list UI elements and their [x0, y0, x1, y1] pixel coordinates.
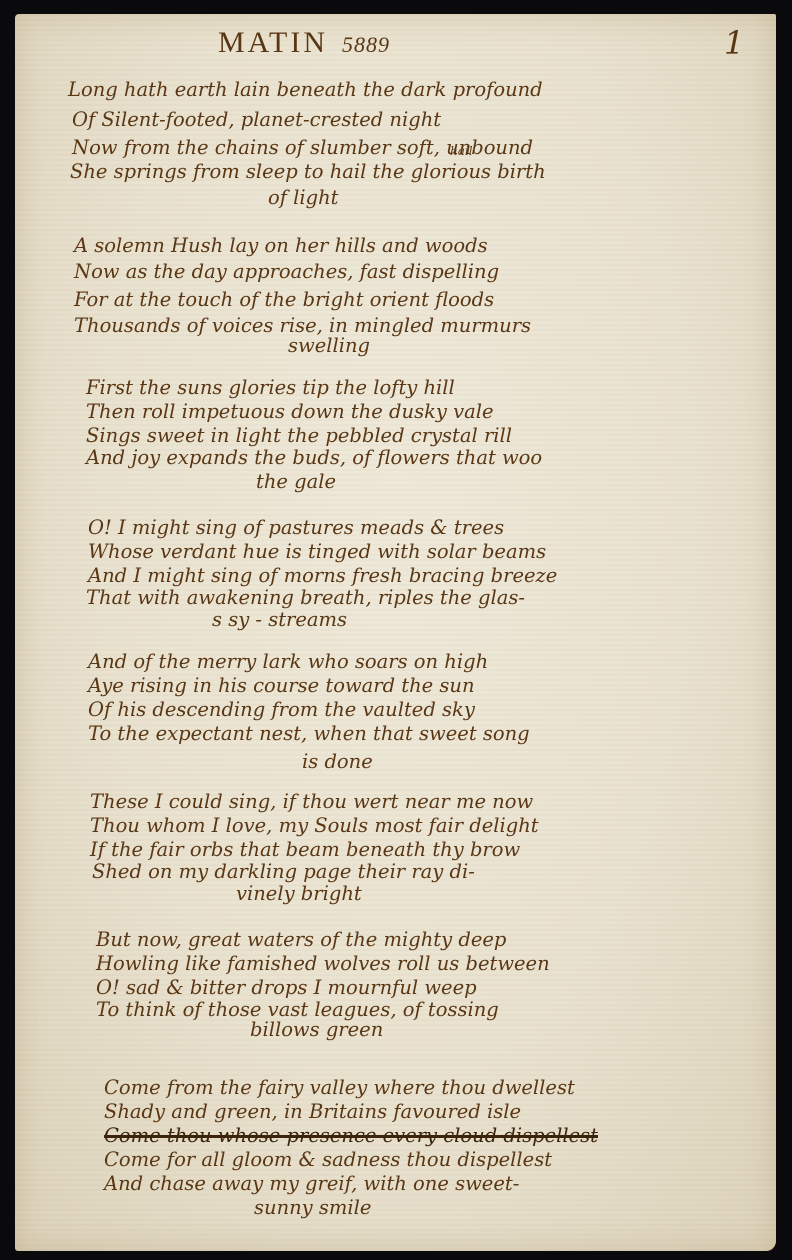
stanza-line: Long hath earth lain beneath the dark pr… [68, 80, 543, 100]
stanza-line: Thousands of voices rise, in mingled mur… [74, 316, 531, 336]
stanza-line: These I could sing, if thou wert near me… [90, 792, 533, 812]
stanza-line: A solemn Hush lay on her hills and woods [74, 236, 488, 256]
stanza-line: To the expectant nest, when that sweet s… [88, 724, 530, 744]
stanza-line: Come from the fairy valley where thou dw… [104, 1078, 575, 1098]
stanza-line: billows green [250, 1020, 383, 1040]
stanza-line: Sings sweet in light the pebbled crystal… [86, 426, 512, 446]
stanza-line: swelling [288, 336, 370, 356]
stanza-line: She springs from sleep to hail the glori… [70, 162, 546, 182]
struck-line: Come thou whose presence every cloud dis… [104, 1126, 598, 1146]
stanza-line: O! I might sing of pastures meads & tree… [88, 518, 504, 538]
stanza-line: of light [268, 188, 339, 208]
stanza-line: And joy expands the buds, of flowers tha… [86, 448, 542, 468]
poem-title: MATIN5889 [218, 26, 390, 60]
stanza-line: And I might sing of morns fresh bracing … [88, 566, 557, 586]
stanza-line: Whose verdant hue is tinged with solar b… [88, 542, 546, 562]
insertion-mark: hail [450, 144, 473, 158]
stanza-line: vinely bright [236, 884, 362, 904]
title-number: 5889 [342, 32, 390, 57]
stanza-line: For at the touch of the bright orient fl… [74, 290, 494, 310]
stanza-line: Of his descending from the vaulted sky [88, 700, 475, 720]
stanza-line: Come for all gloom & sadness thou dispel… [104, 1150, 552, 1170]
stanza-line: Howling like famished wolves roll us bet… [96, 954, 550, 974]
stanza-line: Thou whom I love, my Souls most fair del… [90, 816, 539, 836]
stanza-line: Shady and green, in Britains favoured is… [104, 1102, 521, 1122]
stanza-line: Aye rising in his course toward the sun [88, 676, 475, 696]
page-number: 1 [724, 24, 744, 62]
stanza-line: O! sad & bitter drops I mournful weep [96, 978, 477, 998]
stanza-line: But now, great waters of the mighty deep [96, 930, 506, 950]
stanza-line: And of the merry lark who soars on high [88, 652, 488, 672]
stanza-line: s sy - streams [212, 610, 347, 630]
stanza-line: If the fair orbs that beam beneath thy b… [90, 840, 520, 860]
stanza-line: And chase away my greif, with one sweet- [104, 1174, 519, 1194]
stanza-line: To think of those vast leagues, of tossi… [96, 1000, 499, 1020]
stanza-line: That with awakening breath, riples the g… [86, 588, 525, 608]
stanza-line: First the suns glories tip the lofty hil… [86, 378, 455, 398]
stanza-line: sunny smile [254, 1198, 371, 1218]
stanza-line: is done [302, 752, 373, 772]
stanza-line: Shed on my darkling page their ray di- [92, 862, 475, 882]
manuscript-page [15, 14, 776, 1251]
stanza-line: Then roll impetuous down the dusky vale [86, 402, 494, 422]
stanza-line: Now as the day approaches, fast dispelli… [74, 262, 499, 282]
stanza-line: Of Silent-footed, planet-crested night [72, 110, 441, 130]
title-text: MATIN [218, 26, 328, 59]
stanza-line: the gale [256, 472, 336, 492]
